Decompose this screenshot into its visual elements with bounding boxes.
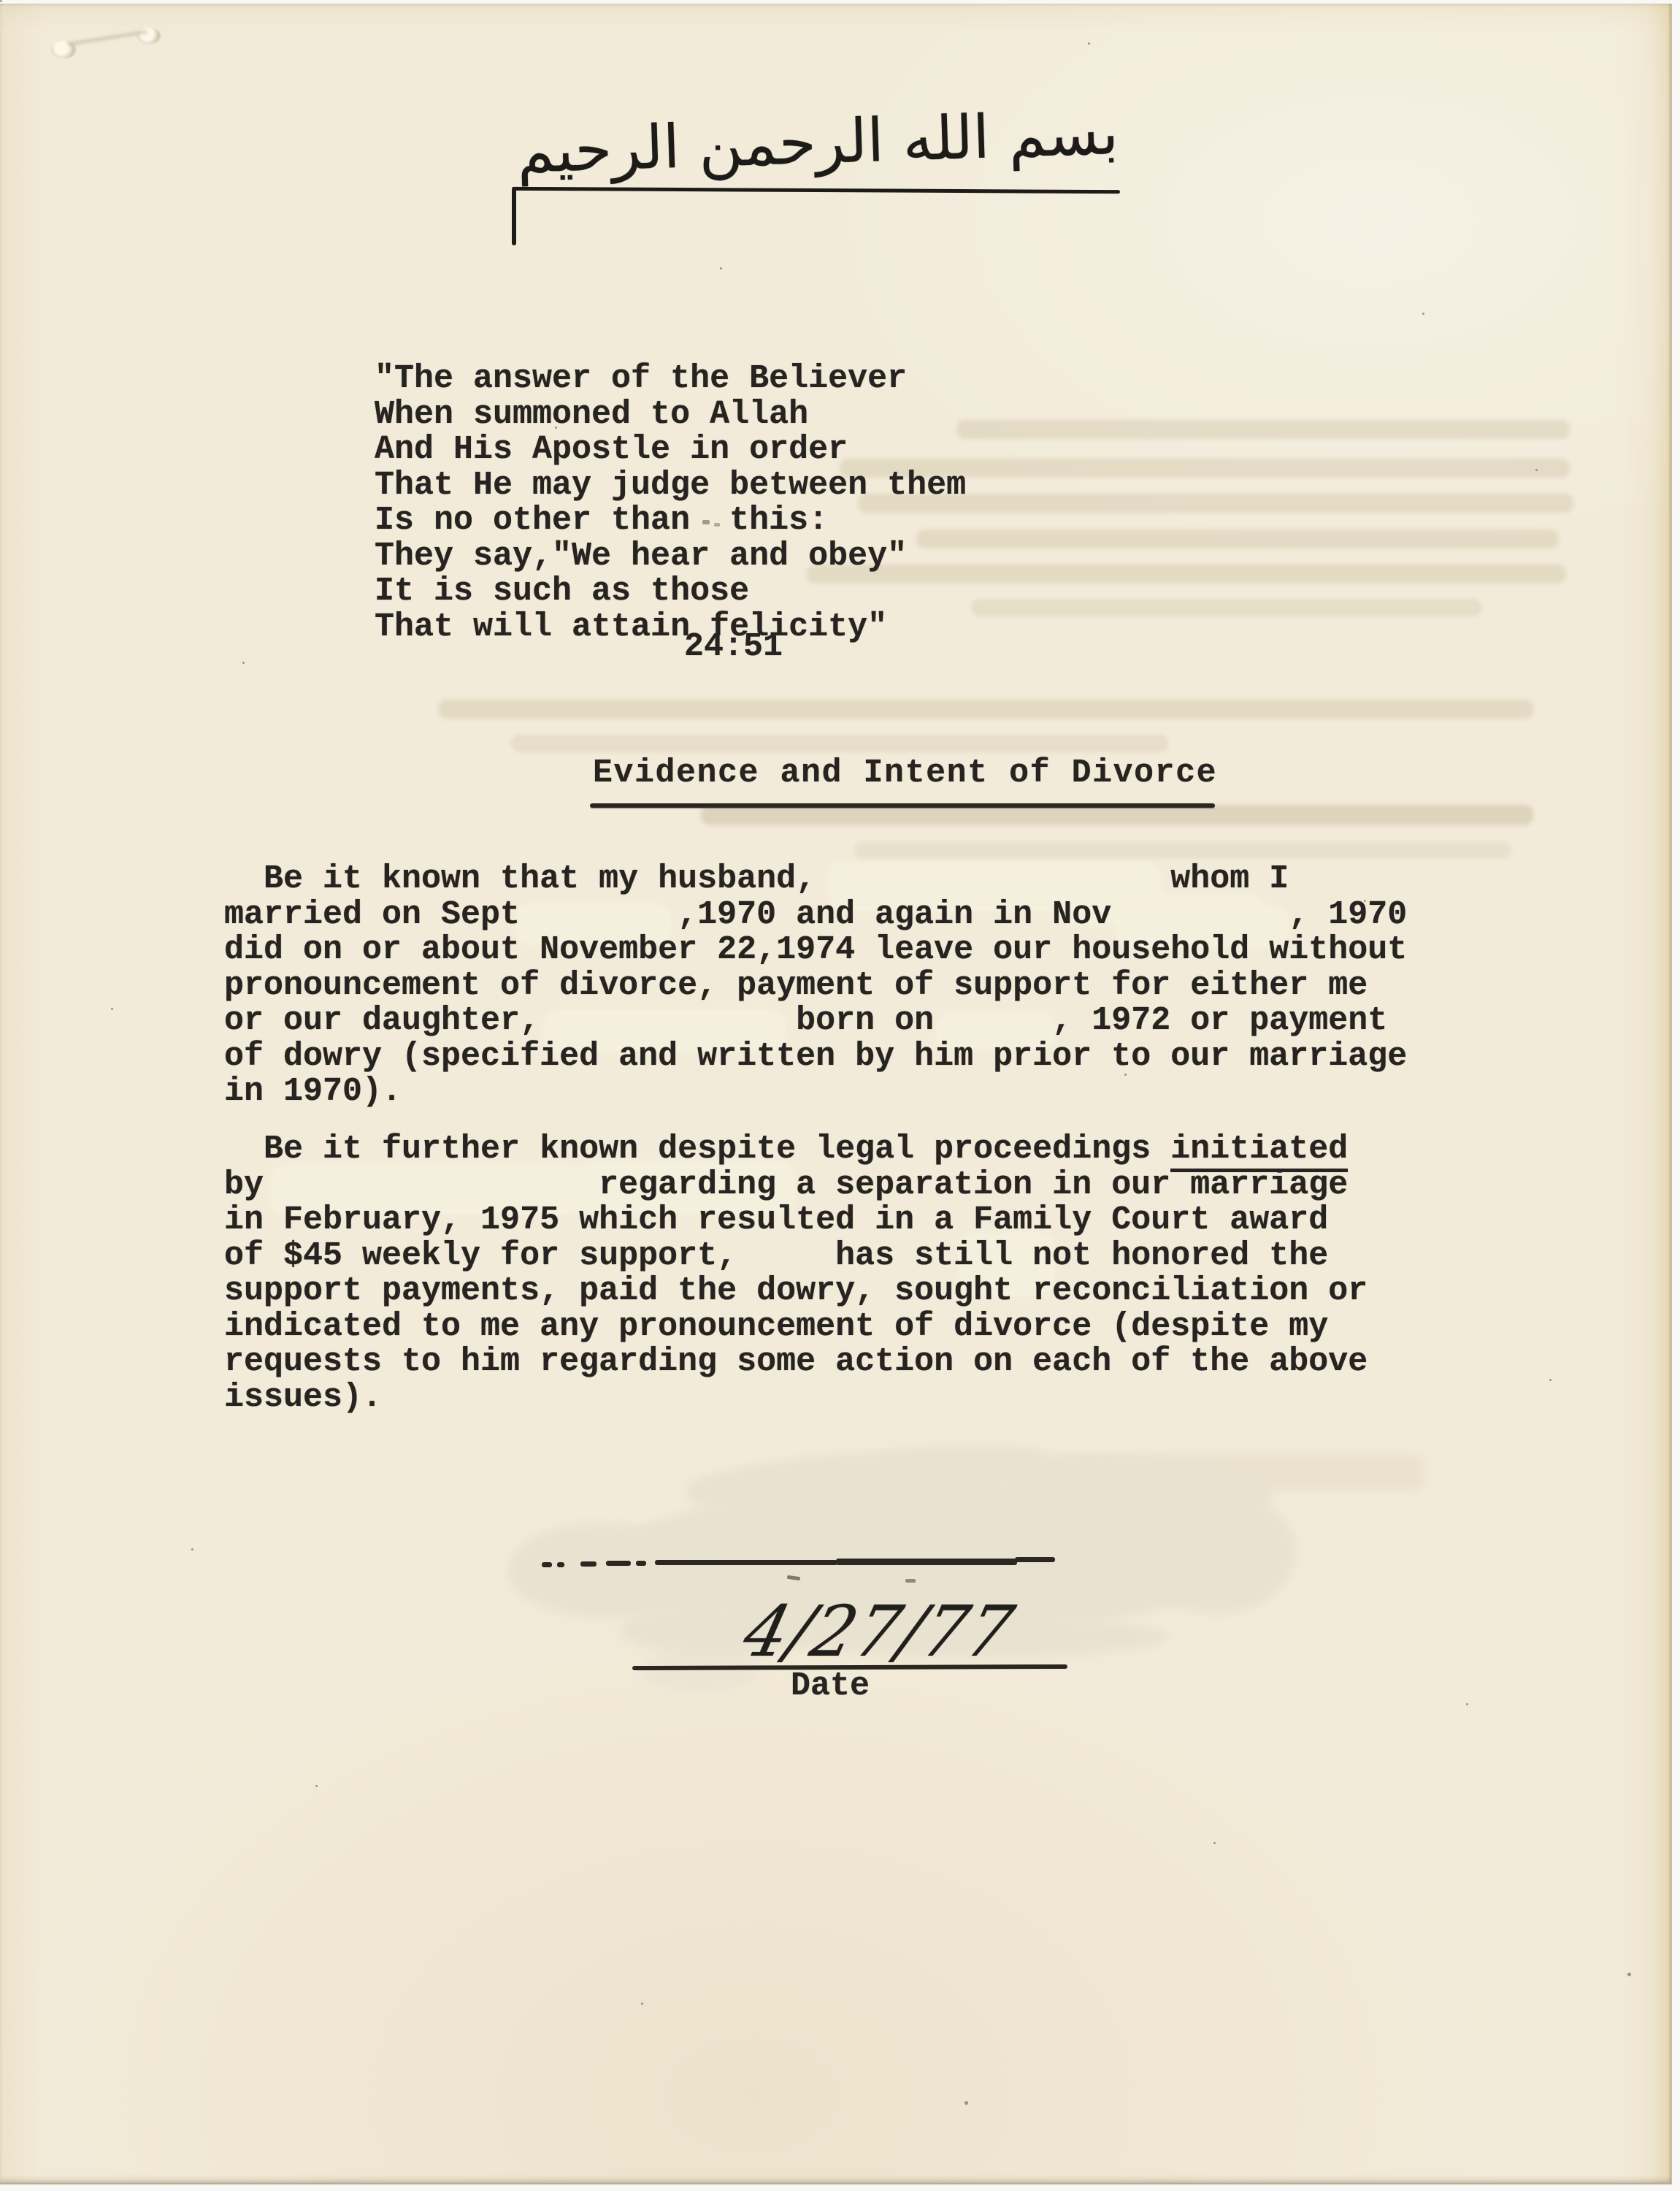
text-line: And His Apostle in order <box>375 432 966 468</box>
signature-strike-line <box>655 1560 837 1565</box>
bleedthrough-line <box>971 599 1482 616</box>
text-line: support payments, paid the dowry, sought… <box>224 1274 1368 1309</box>
date-label: Date <box>791 1669 870 1705</box>
signature-strike-line <box>606 1561 631 1566</box>
text-line: or our daughter, born on , 1972 or payme… <box>224 1003 1407 1039</box>
text-line: issues). <box>224 1380 1368 1416</box>
verse-reference: 24:51 <box>684 630 783 665</box>
text-line: Be it further known despite legal procee… <box>224 1132 1368 1168</box>
text-line: They say,"We hear and obey" <box>375 539 966 575</box>
text-line: Be it known that my husband, whom I <box>224 862 1407 898</box>
scan-noise-specks <box>0 0 2 2</box>
signature-strike-line <box>836 1559 1017 1565</box>
staple-dent <box>137 28 161 44</box>
signature-whiteout-blob <box>507 1523 697 1618</box>
text-line: That He may judge between them <box>375 468 966 504</box>
text-line: That will attain felicity" <box>375 610 966 646</box>
handwritten-date: 4/27/77 <box>736 1591 1023 1672</box>
text-line: of $45 weekly for support, has still not… <box>224 1239 1368 1274</box>
text-line: It is such as those <box>375 574 966 610</box>
text-line: requests to him regarding some action on… <box>224 1345 1368 1380</box>
text-line: Is no other than this: <box>375 503 966 539</box>
text-line: "The answer of the Believer <box>375 362 966 397</box>
text-line: of dowry (specified and written by him p… <box>224 1039 1407 1075</box>
document-title: Evidence and Intent of Divorce <box>593 756 1217 792</box>
text-line: indicated to me any pronouncement of div… <box>224 1309 1368 1345</box>
text-line: by regarding a separation in our marriag… <box>224 1168 1368 1204</box>
text-line: did on or about November 22,1974 leave o… <box>224 933 1407 968</box>
signature-whiteout-blob <box>1139 1490 1296 1614</box>
typo-artifact <box>702 520 710 524</box>
bleedthrough-line <box>916 529 1559 548</box>
bleedthrough-line <box>956 420 1570 439</box>
bleedthrough-line <box>701 805 1533 825</box>
text-line: When summoned to Allah <box>375 397 966 433</box>
bleedthrough-line <box>511 735 1168 752</box>
typo-artifact <box>714 523 720 527</box>
signature-strike-line <box>542 1562 552 1567</box>
text-line: in 1970). <box>224 1074 1407 1110</box>
signature-strike-line <box>580 1561 597 1567</box>
signature-strike-line <box>636 1561 646 1566</box>
text-line: pronouncement of divorce, payment of sup… <box>224 968 1407 1004</box>
bleedthrough-line <box>438 700 1533 719</box>
text-line: in February, 1975 which resulted in a Fa… <box>224 1203 1368 1239</box>
paragraph-2: Be it further known despite legal procee… <box>224 1132 1368 1415</box>
signature-strike-line <box>1015 1557 1055 1562</box>
scanned-document: بسم الله الرحمن الرحيم "The answer of th… <box>0 0 1680 2191</box>
pen-tick <box>905 1579 916 1583</box>
basmala-tail-stroke <box>512 188 516 245</box>
signature-strike-line <box>557 1562 564 1567</box>
quran-quote: "The answer of the BelieverWhen summoned… <box>375 362 966 645</box>
paragraph-1: Be it known that my husband, whom Imarri… <box>224 862 1407 1110</box>
title-underline <box>590 803 1215 808</box>
text-line: married on Sept ,1970 and again in Nov ,… <box>224 898 1407 933</box>
bleedthrough-line <box>854 841 1511 859</box>
